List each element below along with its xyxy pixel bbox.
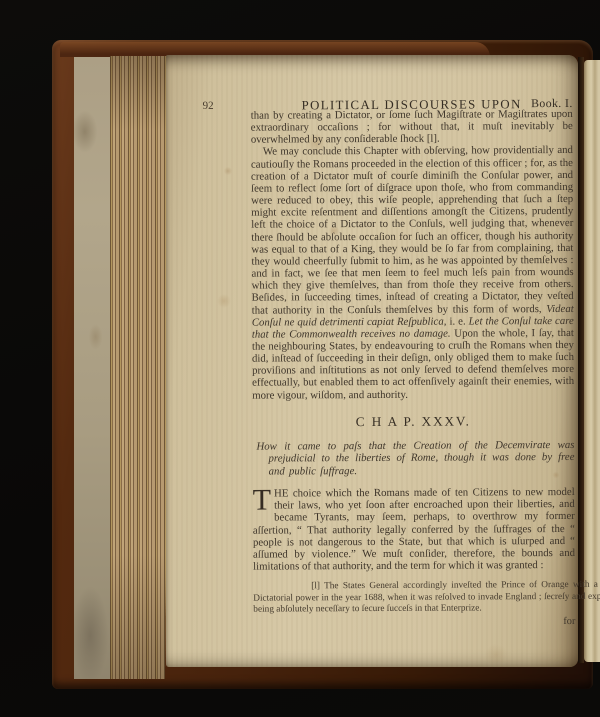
paragraph-2-roman: We may conclude this Chapter with obſerv… <box>251 144 574 316</box>
endpaper-edge <box>74 57 110 679</box>
text-column: than by creating a Dictator, or ſome ſuc… <box>251 108 576 630</box>
paragraph-1: than by creating a Dictator, or ſome ſuc… <box>251 108 573 146</box>
page-number: 92 <box>203 100 214 112</box>
catchword: for <box>253 616 575 630</box>
paragraph-3: THE choice which the Romans made of ten … <box>253 486 575 573</box>
stacked-page-edges <box>110 56 171 679</box>
paragraph-2: We may conclude this Chapter with obſerv… <box>251 144 574 401</box>
id-est: i. e. <box>446 315 468 327</box>
photo-of-book-page: 92 POLITICAL DISCOURSES UPON Book. I. th… <box>0 0 600 717</box>
drop-cap: T <box>253 488 274 513</box>
facing-page-edge <box>584 60 600 662</box>
printed-page-content: 92 POLITICAL DISCOURSES UPON Book. I. th… <box>164 54 579 668</box>
chapter-heading: C H A P. XXXV. <box>252 415 574 429</box>
footnote: [l] The States General accordingly inveſ… <box>253 580 600 617</box>
paragraph-3-text: HE choice which the Romans made of ten C… <box>253 486 575 573</box>
chapter-argument: How it came to paſs that the Creation of… <box>252 439 574 478</box>
